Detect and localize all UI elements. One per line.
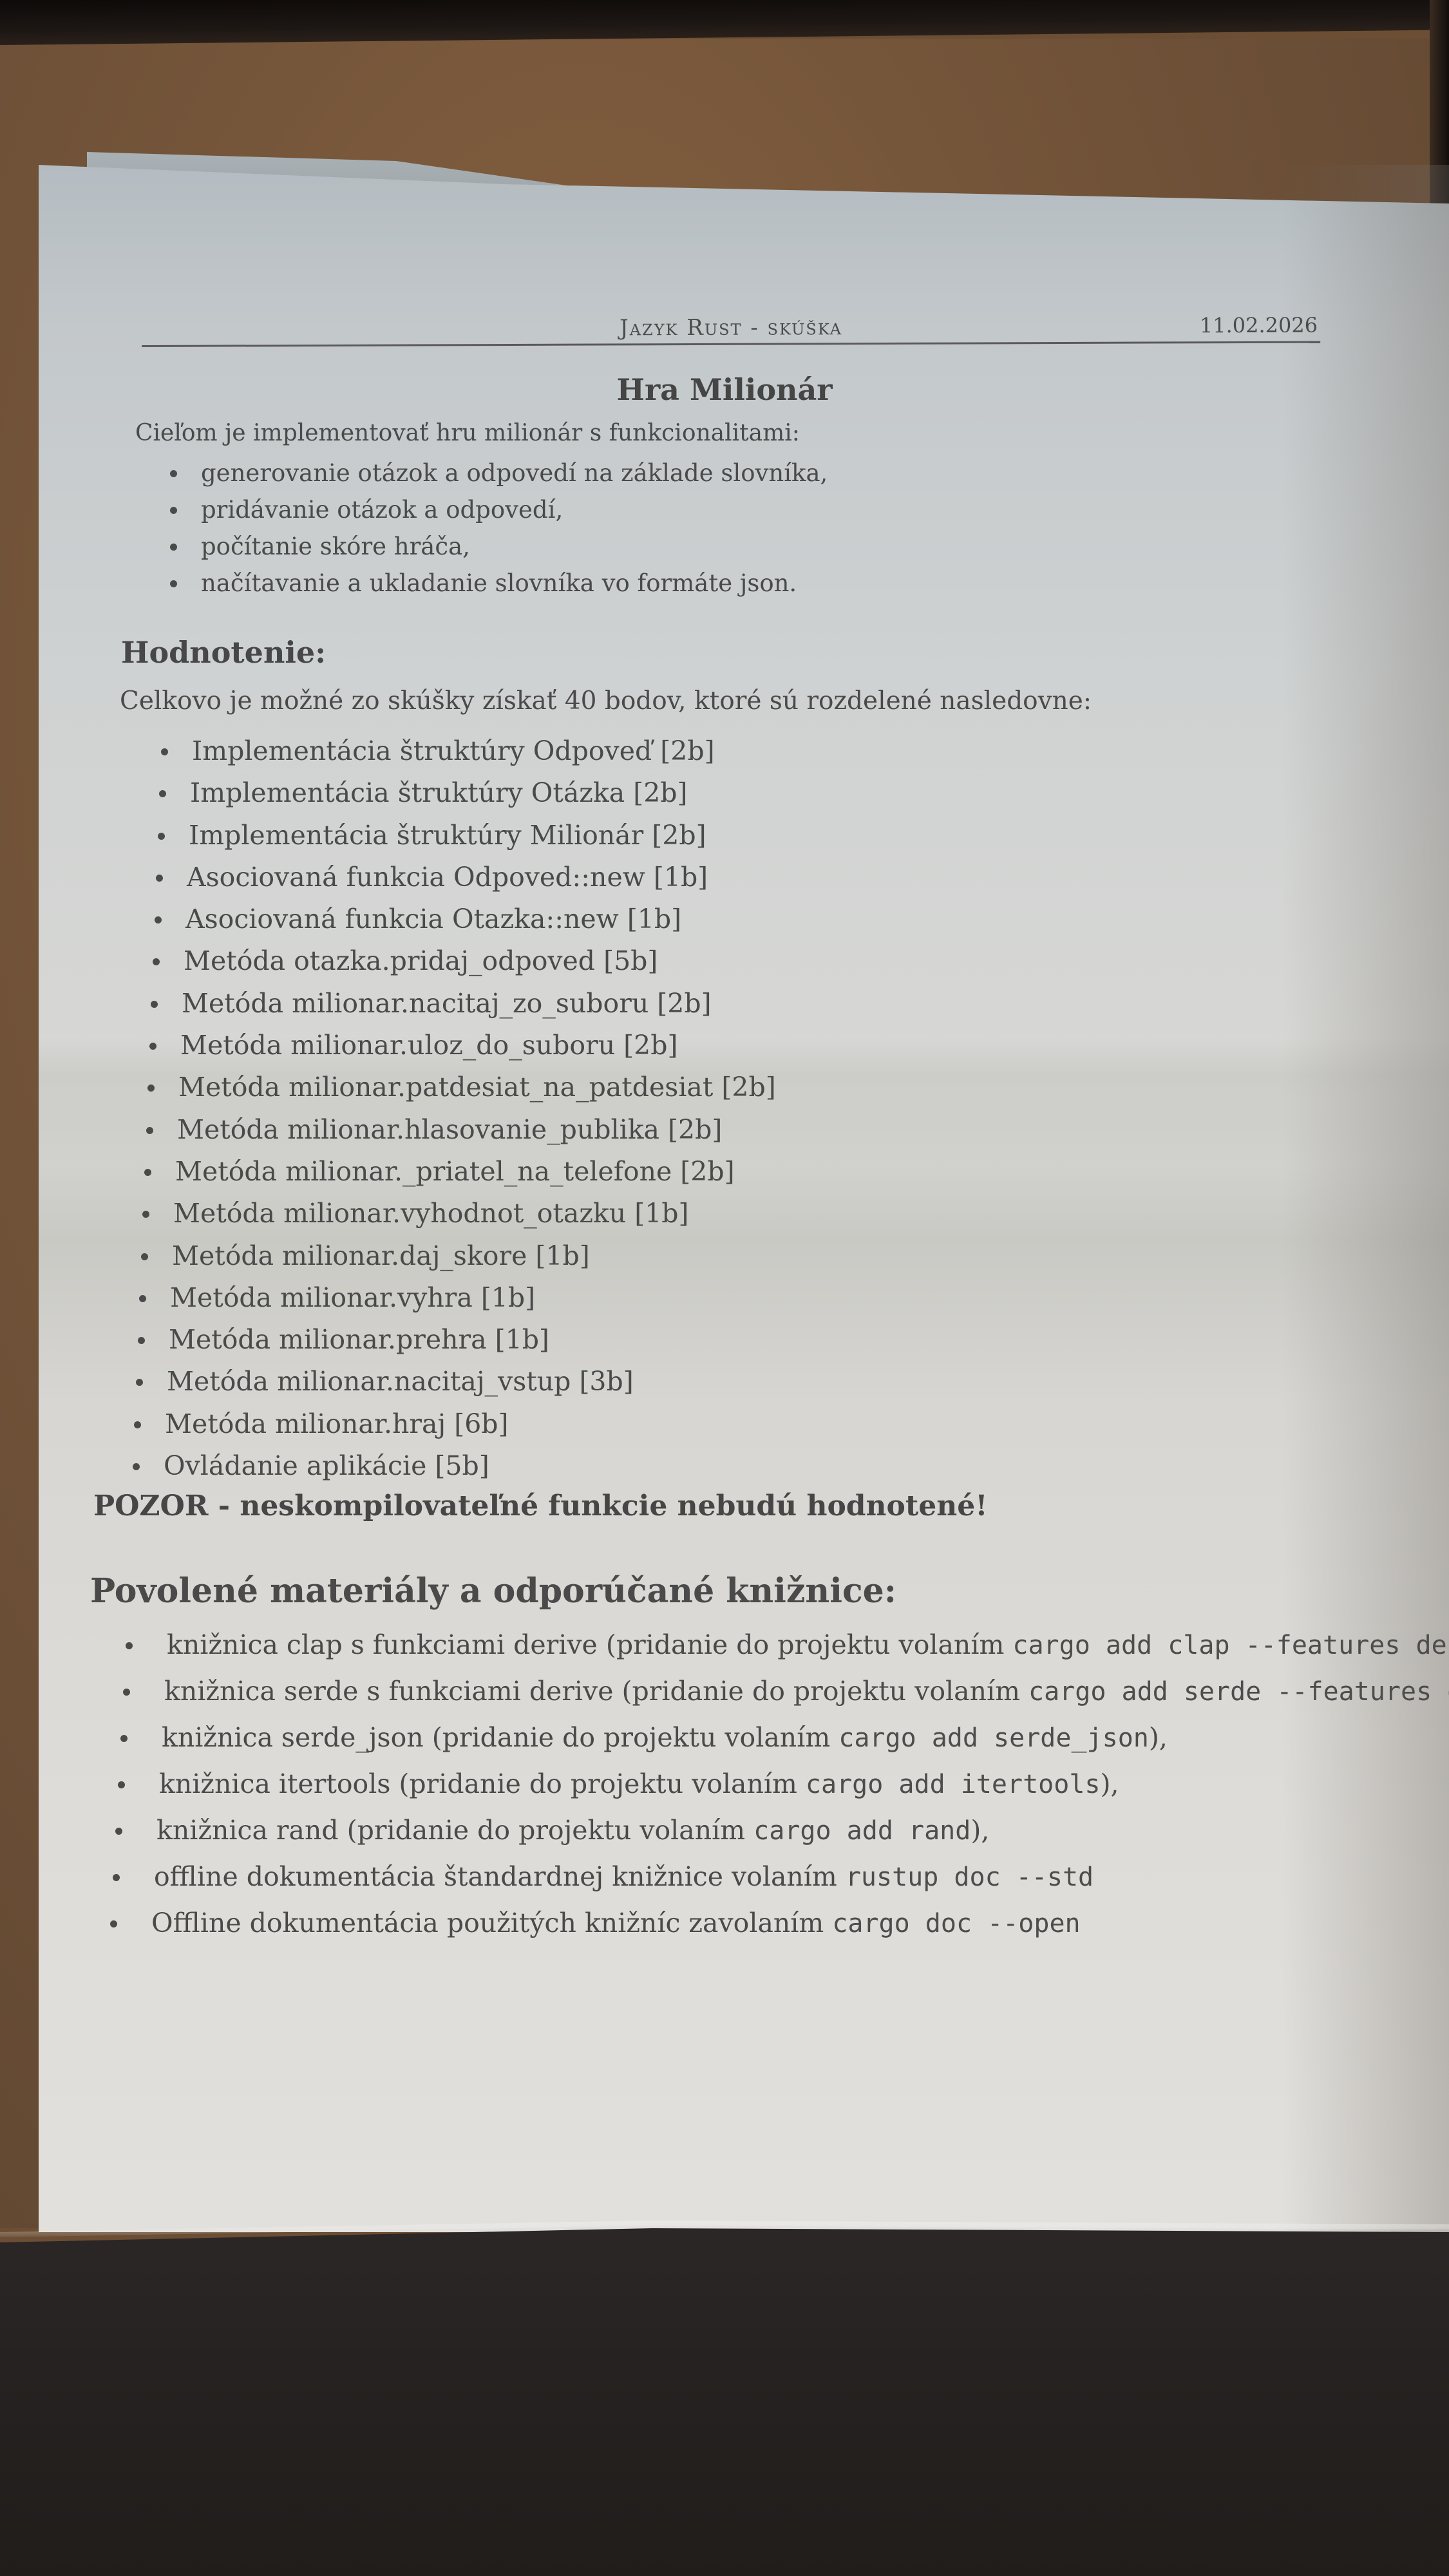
grading-item-label: Metóda milionar.hlasovanie_publika: [177, 1114, 668, 1145]
material-item: offline dokumentácia štandardnej knižnic…: [100, 1853, 1449, 1900]
grading-item-points: [1b]: [495, 1324, 549, 1355]
material-command: cargo add serde --features der: [1028, 1677, 1449, 1707]
grading-list: Implementácia štruktúry Odpoveď [2b]Impl…: [148, 730, 776, 1487]
grading-item: Ovládanie aplikácie [5b]: [120, 1445, 776, 1487]
bullet-icon: [149, 1043, 156, 1050]
grading-item-label: Implementácia štruktúry Otázka: [190, 777, 633, 808]
grading-item-label: Metóda milionar.patdesiat_na_patdesiat: [178, 1072, 721, 1103]
material-text: knižnica rand (pridanie do projektu vola…: [156, 1815, 753, 1846]
bullet-icon: [170, 470, 177, 477]
feature-item: pridávanie otázok a odpovedí,: [161, 491, 828, 528]
grading-item-points: [2b]: [721, 1072, 775, 1103]
material-text: knižnica serde s funkciami derive (prida…: [164, 1676, 1028, 1707]
bullet-icon: [156, 875, 163, 882]
feature-item: generovanie otázok a odpovedí na základe…: [161, 455, 828, 491]
grading-item: Metóda milionar.daj_skore [1b]: [128, 1235, 776, 1277]
material-command: cargo add itertools: [806, 1770, 1101, 1799]
material-item: knižnica serde s funkciami derive (prida…: [110, 1668, 1449, 1714]
grading-heading: Hodnotenie:: [121, 635, 326, 670]
bullet-icon: [161, 748, 168, 755]
bullet-icon: [158, 833, 165, 840]
bullet-icon: [139, 1295, 146, 1302]
grading-item: Metóda milionar.nacitaj_vstup [3b]: [123, 1361, 776, 1403]
grading-item-label: Metóda milionar.prehra: [169, 1324, 495, 1355]
material-command: rustup doc --std: [846, 1862, 1094, 1892]
grading-item-points: [2b]: [668, 1114, 722, 1145]
feature-list: generovanie otázok a odpovedí na základe…: [161, 455, 828, 601]
material-after: ),: [1149, 1722, 1168, 1753]
bullet-icon: [144, 1169, 151, 1176]
document: Jazyk Rust - skúška 11.02.2026 Hra Milio…: [0, 0, 1449, 2576]
grading-item: Metóda milionar.vyhodnot_otazku [1b]: [129, 1193, 776, 1235]
grading-item-points: [5b]: [603, 945, 658, 976]
grading-item-points: [6b]: [454, 1408, 508, 1439]
compile-warning: POZOR - neskompilovateľné funkcie nebudú…: [93, 1490, 988, 1522]
grading-item-points: [3b]: [579, 1366, 633, 1397]
bullet-icon: [138, 1337, 145, 1344]
material-command: cargo add clap --features deriv: [1012, 1631, 1449, 1660]
grading-item-points: [1b]: [634, 1198, 688, 1229]
grading-item-points: [5b]: [435, 1450, 489, 1481]
material-item: knižnica rand (pridanie do projektu vola…: [102, 1807, 1449, 1853]
grading-item-label: Metóda milionar.hraj: [165, 1408, 454, 1439]
materials-list: knižnica clap s funkciami derive (pridan…: [113, 1622, 1449, 1946]
grading-item-points: [2b]: [680, 1156, 734, 1187]
grading-item-label: Metóda milionar._priatel_na_telefone: [175, 1156, 680, 1187]
grading-item: Implementácia štruktúry Odpoveď [2b]: [148, 730, 776, 772]
bullet-icon: [146, 1127, 153, 1134]
feature-text: počítanie skóre hráča,: [201, 533, 470, 560]
material-command: cargo doc --open: [832, 1909, 1080, 1938]
material-item: knižnica itertools (pridanie do projektu…: [105, 1761, 1449, 1807]
grading-item-label: Implementácia štruktúry Odpoveď: [192, 735, 660, 766]
bullet-icon: [147, 1084, 155, 1092]
grading-item: Metóda milionar._priatel_na_telefone [2b…: [131, 1151, 776, 1193]
grading-item-label: Metóda milionar.nacitaj_vstup: [167, 1366, 579, 1397]
grading-item: Implementácia štruktúry Otázka [2b]: [146, 772, 776, 814]
grading-item-points: [1b]: [481, 1282, 535, 1313]
bullet-icon: [133, 1463, 140, 1470]
materials-heading: Povolené materiály a odporúčané knižnice…: [90, 1571, 896, 1611]
feature-item: načítavanie a ukladanie slovníka vo form…: [161, 565, 828, 601]
grading-item: Metóda milionar.hlasovanie_publika [2b]: [133, 1109, 776, 1151]
bullet-icon: [134, 1421, 141, 1428]
bullet-icon: [118, 1781, 125, 1788]
material-text: offline dokumentácia štandardnej knižnic…: [154, 1861, 846, 1892]
intro-text: Cieľom je implementovať hru milionár s f…: [135, 420, 800, 446]
feature-item: počítanie skóre hráča,: [161, 528, 828, 565]
grading-item-points: [2b]: [623, 1030, 677, 1061]
bullet-icon: [170, 544, 177, 551]
bullet-icon: [110, 1920, 117, 1927]
feature-text: generovanie otázok a odpovedí na základe…: [201, 459, 828, 487]
material-command: cargo add rand: [753, 1816, 971, 1846]
material-after: ),: [971, 1815, 989, 1846]
grading-item-label: Ovládanie aplikácie: [164, 1450, 435, 1481]
grading-item-label: Implementácia štruktúry Milionár: [189, 820, 652, 851]
bullet-icon: [141, 1253, 148, 1260]
grading-item-label: Metóda milionar.vyhodnot_otazku: [173, 1198, 634, 1229]
bullet-icon: [151, 1001, 158, 1008]
bullet-icon: [113, 1874, 120, 1881]
grading-item: Metóda milionar.prehra [1b]: [125, 1319, 776, 1361]
material-command: cargo add serde_json: [838, 1723, 1149, 1753]
bullet-icon: [153, 958, 160, 965]
material-text: Offline dokumentácia použitých knižníc z…: [151, 1908, 832, 1938]
grading-item-label: Metóda milionar.nacitaj_zo_suboru: [182, 988, 657, 1019]
grading-item-points: [2b]: [657, 988, 711, 1019]
bullet-icon: [136, 1379, 143, 1386]
grading-item-label: Metóda milionar.vyhra: [170, 1282, 481, 1313]
grading-item-points: [2b]: [633, 777, 687, 808]
grading-item: Asociovaná funkcia Otazka::new [1b]: [142, 898, 776, 940]
header-date: 11.02.2026: [1200, 313, 1318, 338]
grading-item-label: Asociovaná funkcia Odpoved::new: [187, 862, 654, 893]
feature-text: pridávanie otázok a odpovedí,: [201, 496, 563, 524]
grading-item: Metóda milionar.hraj [6b]: [121, 1403, 776, 1445]
grading-item-points: [2b]: [652, 820, 706, 851]
grading-intro: Celkovo je možné zo skúšky získať 40 bod…: [120, 687, 1092, 715]
grading-item-label: Metóda otazka.pridaj_odpoved: [184, 945, 603, 976]
document-title: Hra Milionár: [0, 372, 1449, 407]
material-after: ),: [1100, 1768, 1119, 1799]
grading-item: Metóda milionar.vyhra [1b]: [126, 1277, 776, 1319]
grading-item: Asociovaná funkcia Odpoved::new [1b]: [143, 857, 776, 898]
bullet-icon: [159, 790, 166, 797]
bullet-icon: [120, 1735, 128, 1742]
grading-item-label: Metóda milionar.daj_skore: [172, 1240, 535, 1271]
running-header: Jazyk Rust - skúška 11.02.2026: [142, 312, 1320, 347]
material-item: knižnica clap s funkciami derive (pridan…: [113, 1622, 1449, 1668]
grading-item-label: Metóda milionar.uloz_do_suboru: [180, 1030, 623, 1061]
grading-item-points: [2b]: [660, 735, 714, 766]
material-text: knižnica serde_json (pridanie do projekt…: [162, 1722, 838, 1753]
bullet-icon: [126, 1642, 133, 1649]
bullet-icon: [170, 580, 177, 587]
bullet-icon: [142, 1211, 149, 1218]
grading-item: Implementácia štruktúry Milionár [2b]: [145, 815, 776, 857]
grading-item-points: [1b]: [627, 904, 681, 934]
grading-item: Metóda milionar.patdesiat_na_patdesiat […: [135, 1066, 776, 1108]
grading-item: Metóda milionar.uloz_do_suboru [2b]: [137, 1025, 776, 1066]
feature-text: načítavanie a ukladanie slovníka vo form…: [201, 569, 797, 597]
material-text: knižnica clap s funkciami derive (pridan…: [167, 1629, 1012, 1660]
grading-item: Metóda milionar.nacitaj_zo_suboru [2b]: [138, 983, 776, 1025]
bullet-icon: [155, 916, 162, 923]
grading-item: Metóda otazka.pridaj_odpoved [5b]: [140, 940, 776, 982]
bullet-icon: [115, 1828, 122, 1835]
material-item: Offline dokumentácia použitých knižníc z…: [97, 1900, 1449, 1946]
material-text: knižnica itertools (pridanie do projektu…: [159, 1768, 806, 1799]
bullet-icon: [123, 1689, 130, 1696]
grading-item-points: [1b]: [535, 1240, 589, 1271]
material-item: knižnica serde_json (pridanie do projekt…: [108, 1714, 1449, 1761]
bullet-icon: [170, 507, 177, 514]
grading-item-label: Asociovaná funkcia Otazka::new: [185, 904, 627, 934]
header-course: Jazyk Rust - skúška: [142, 313, 1320, 343]
grading-item-points: [1b]: [654, 862, 708, 893]
